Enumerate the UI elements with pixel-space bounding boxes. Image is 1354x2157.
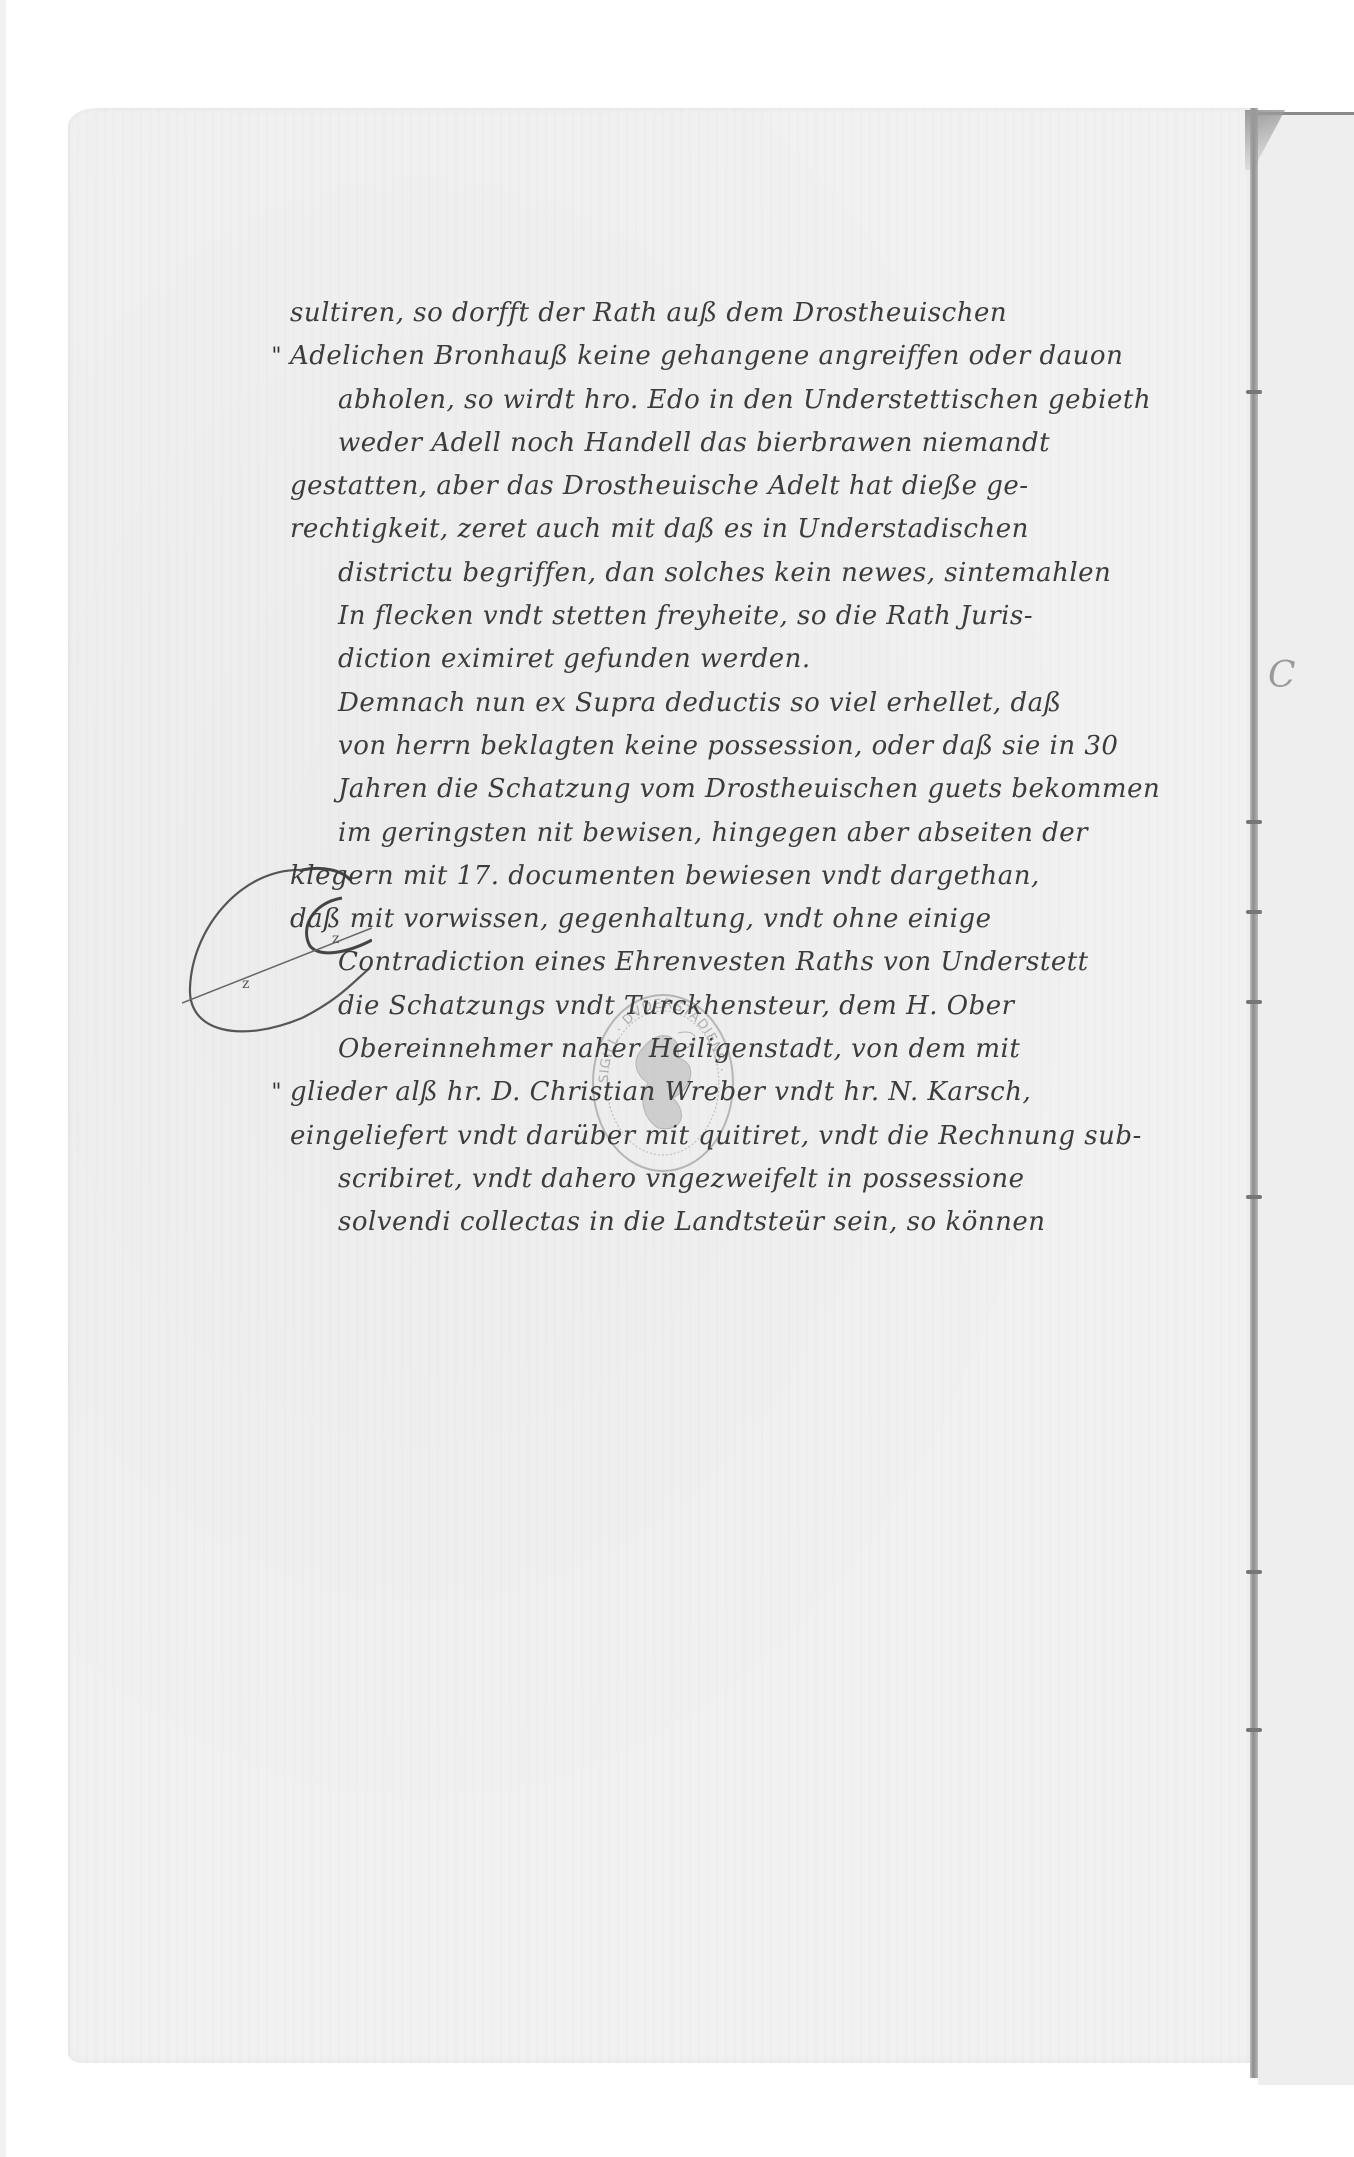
manuscript-line: scribiret, vndt dahero vngezweifelt in p… (290, 1158, 1250, 1201)
manuscript-line: daß mit vorwissen, gegenhaltung, vndt oh… (290, 898, 1250, 941)
manuscript-line: die Schatzungs vndt Turckhensteur, dem H… (290, 985, 1250, 1028)
binding-stitch (1246, 1570, 1262, 1574)
manuscript-line: von herrn beklagten keine possession, od… (290, 725, 1250, 768)
manuscript-line: gestatten, aber das Drostheuische Adelt … (290, 465, 1250, 508)
manuscript-line: "glieder alß hr. D. Christian Wreber vnd… (290, 1071, 1250, 1114)
manuscript-line: "Adelichen Bronhauß keine gehangene angr… (290, 335, 1250, 378)
manuscript-line: sultiren, so dorfft der Rath auß dem Dro… (290, 292, 1250, 335)
manuscript-line: In flecken vndt stetten freyheite, so di… (290, 595, 1250, 638)
margin-mark: " (242, 335, 282, 378)
manuscript-line: eingeliefert vndt darüber mit quitiret, … (290, 1115, 1250, 1158)
book-binding-gutter (1250, 108, 1258, 2078)
manuscript-line: Jahren die Schatzung vom Drostheuischen … (290, 768, 1250, 811)
margin-mark: " (242, 1071, 282, 1114)
manuscript-line: solvendi collectas in die Landtsteür sei… (290, 1201, 1250, 1244)
manuscript-line: rechtigkeit, zeret auch mit daß es in Un… (290, 508, 1250, 551)
manuscript-line: abholen, so wirdt hro. Edo in den Unders… (290, 379, 1250, 422)
manuscript-text-block: sultiren, so dorfft der Rath auß dem Dro… (290, 292, 1250, 1245)
manuscript-line: klegern mit 17. documenten bewiesen vndt… (290, 855, 1250, 898)
manuscript-line: Obereinnehmer naher Heiligenstadt, von d… (290, 1028, 1250, 1071)
scanner-bed-edge (0, 0, 6, 2157)
manuscript-line: weder Adell noch Handell das bierbrawen … (290, 422, 1250, 465)
manuscript-line: Contradiction eines Ehrenvesten Raths vo… (290, 941, 1250, 984)
manuscript-line: Demnach nun ex Supra deductis so viel er… (290, 682, 1250, 725)
svg-text:z: z (242, 976, 249, 992)
facing-page-letter-fragment: C (1268, 655, 1296, 696)
binding-stitch (1246, 1728, 1262, 1732)
facing-page: C (1258, 112, 1354, 2085)
manuscript-line: diction eximiret gefunden werden. (290, 638, 1250, 681)
manuscript-line: im geringsten nit bewisen, hingegen aber… (290, 812, 1250, 855)
manuscript-line: districtu begriffen, dan solches kein ne… (290, 552, 1250, 595)
